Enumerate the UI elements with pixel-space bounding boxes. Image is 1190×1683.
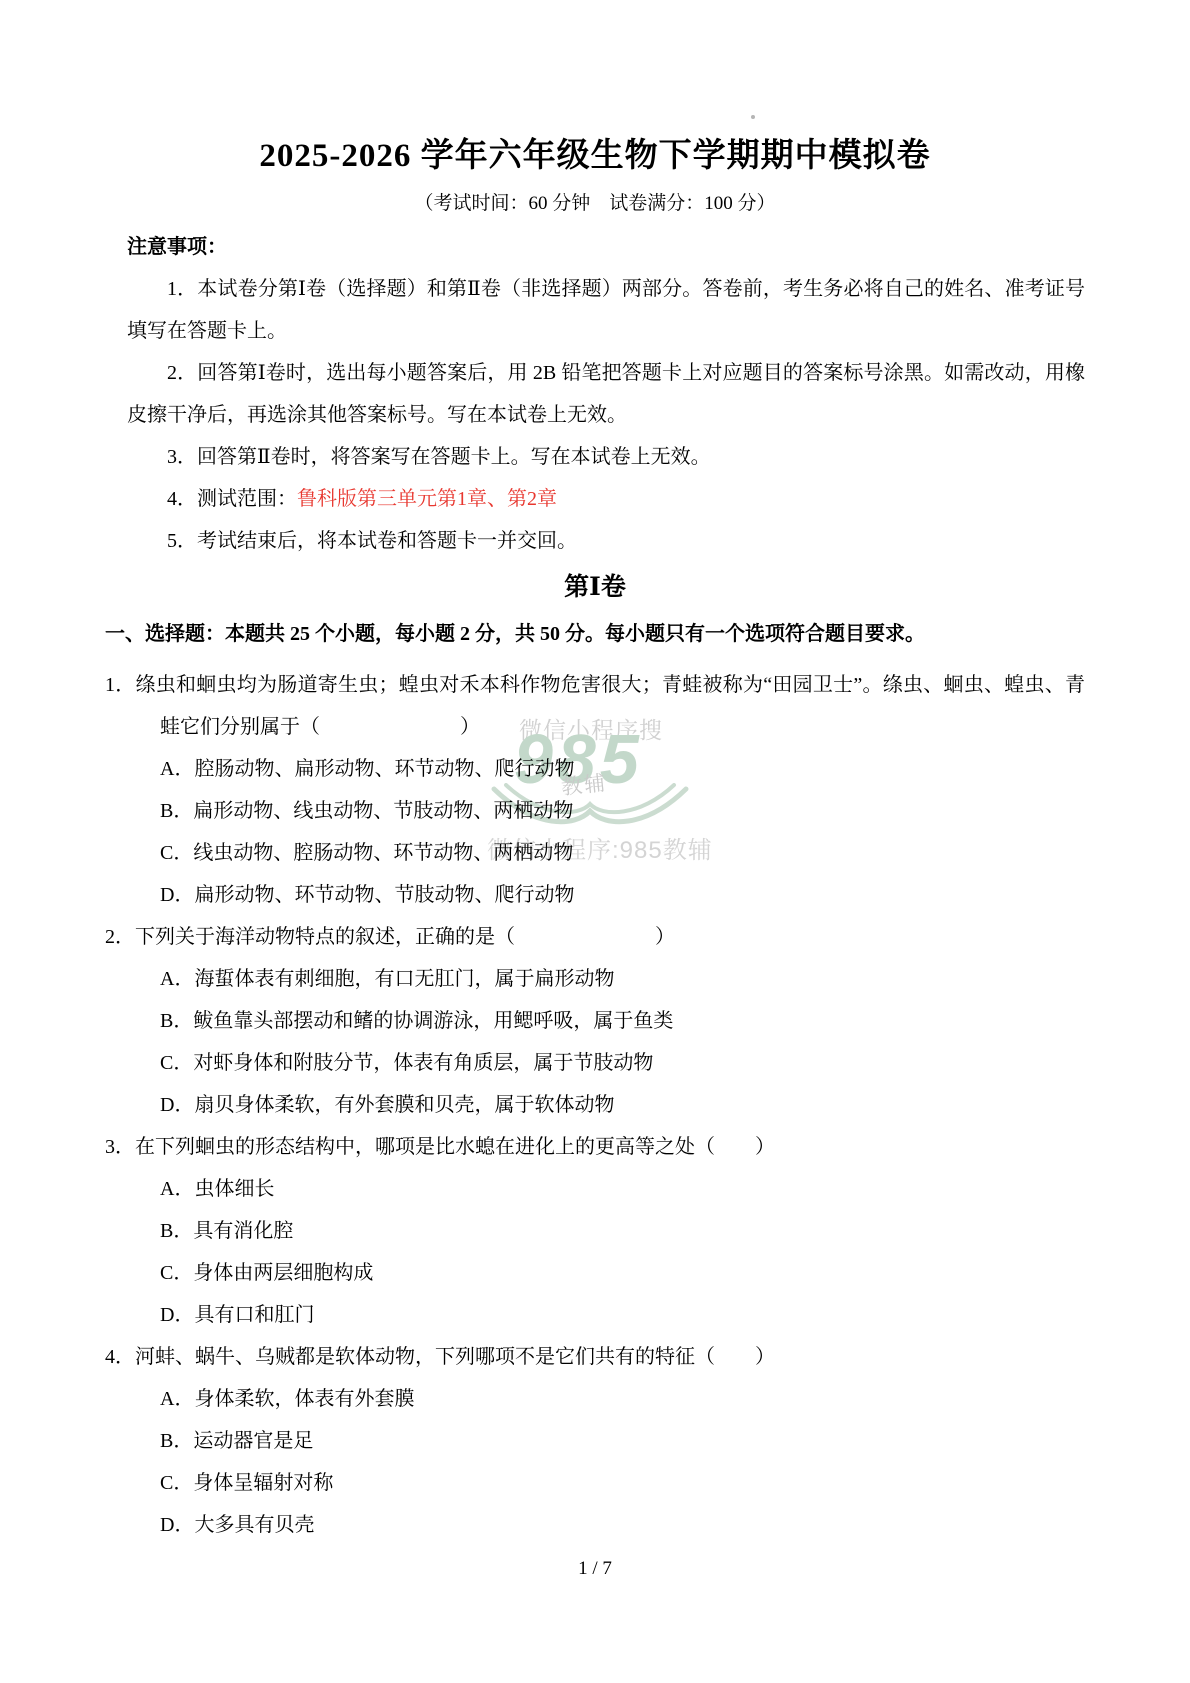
- question-number: 3．: [105, 1136, 135, 1158]
- question-text: 河蚌、蜗牛、乌贼都是软体动物，下列哪项不是它们共有的特征（ ）: [135, 1346, 775, 1368]
- notice-item-4: 4．测试范围：鲁科版第三单元第1章、第2章: [127, 478, 1085, 520]
- question-stem: 3．在下列蛔虫的形态结构中，哪项是比水螅在进化上的更高等之处（ ）: [105, 1126, 1085, 1168]
- question-1: 1．绦虫和蛔虫均为肠道寄生虫；蝗虫对禾本科作物危害很大；青蛙被称为“田园卫士”。…: [105, 664, 1085, 916]
- page-number: 1 / 7: [0, 1558, 1190, 1580]
- notice-item-3: 3．回答第Ⅱ卷时，将答案写在答题卡上。写在本试卷上无效。: [127, 436, 1085, 478]
- option-line: B．具有消化腔: [105, 1210, 1085, 1252]
- option-line: D．扇贝身体柔软，有外套膜和贝壳，属于软体动物: [105, 1084, 1085, 1126]
- question-number: 2．: [105, 926, 135, 948]
- option-line: D．扁形动物、环节动物、节肢动物、爬行动物: [105, 874, 1085, 916]
- notice-item-4-prefix: 4．测试范围：: [167, 488, 297, 510]
- question-number: 1．: [105, 674, 136, 696]
- test-scope-highlight: 鲁科版第三单元第1章、第2章: [297, 488, 557, 510]
- volume-1-title: 第Ⅰ卷: [105, 564, 1085, 612]
- multiple-choice-section-intro: 一、选择题：本题共 25 个小题，每小题 2 分，共 50 分。每小题只有一个选…: [105, 612, 1085, 656]
- question-text: 下列关于海洋动物特点的叙述，正确的是（ ）: [135, 926, 675, 948]
- question-stem: 2．下列关于海洋动物特点的叙述，正确的是（ ）: [105, 916, 1085, 958]
- notice-section: 注意事项： 1．本试卷分第Ⅰ卷（选择题）和第Ⅱ卷（非选择题）两部分。答卷前，考生…: [127, 226, 1085, 562]
- question-3: 3．在下列蛔虫的形态结构中，哪项是比水螅在进化上的更高等之处（ ） A．虫体细长…: [105, 1126, 1085, 1336]
- notice-item-2: 2．回答第Ⅰ卷时，选出每小题答案后，用 2B 铅笔把答题卡上对应题目的答案标号涂…: [127, 352, 1085, 436]
- option-line: D．大多具有贝壳: [105, 1504, 1085, 1546]
- question-2: 2．下列关于海洋动物特点的叙述，正确的是（ ） A．海蜇体表有刺细胞，有口无肛门…: [105, 916, 1085, 1126]
- exam-paper-page: 微信小程序搜 985 教辅 微信小程序:985教辅 2025-2026 学年六年…: [0, 0, 1190, 1683]
- option-line: A．身体柔软，体表有外套膜: [105, 1378, 1085, 1420]
- option-line: C．线虫动物、腔肠动物、环节动物、两栖动物: [105, 832, 1085, 874]
- option-line: B．鲅鱼靠头部摆动和鳍的协调游泳，用鳃呼吸，属于鱼类: [105, 1000, 1085, 1042]
- question-list: 1．绦虫和蛔虫均为肠道寄生虫；蝗虫对禾本科作物危害很大；青蛙被称为“田园卫士”。…: [105, 664, 1085, 1546]
- question-text: 绦虫和蛔虫均为肠道寄生虫；蝗虫对禾本科作物危害很大；青蛙被称为“田园卫士”。绦虫…: [136, 674, 1086, 738]
- option-line: C．身体由两层细胞构成: [105, 1252, 1085, 1294]
- option-line: C．对虾身体和附肢分节，体表有角质层，属于节肢动物: [105, 1042, 1085, 1084]
- notice-item-1: 1．本试卷分第Ⅰ卷（选择题）和第Ⅱ卷（非选择题）两部分。答卷前，考生务必将自己的…: [127, 268, 1085, 352]
- page-title: 2025-2026 学年六年级生物下学期期中模拟卷: [105, 0, 1085, 182]
- option-line: C．身体呈辐射对称: [105, 1462, 1085, 1504]
- notice-heading: 注意事项：: [127, 226, 1085, 268]
- option-line: A．虫体细长: [105, 1168, 1085, 1210]
- notice-item-5: 5．考试结束后，将本试卷和答题卡一并交回。: [127, 520, 1085, 562]
- option-line: A．海蜇体表有刺细胞，有口无肛门，属于扁形动物: [105, 958, 1085, 1000]
- question-4: 4．河蚌、蜗牛、乌贼都是软体动物，下列哪项不是它们共有的特征（ ） A．身体柔软…: [105, 1336, 1085, 1546]
- question-number: 4．: [105, 1346, 135, 1368]
- question-stem: 1．绦虫和蛔虫均为肠道寄生虫；蝗虫对禾本科作物危害很大；青蛙被称为“田园卫士”。…: [105, 664, 1085, 748]
- option-line: B．扁形动物、线虫动物、节肢动物、两栖动物: [105, 790, 1085, 832]
- option-line: A．腔肠动物、扁形动物、环节动物、爬行动物: [105, 748, 1085, 790]
- exam-time-score-info: （考试时间：60 分钟 试卷满分：100 分）: [105, 182, 1085, 226]
- question-text: 在下列蛔虫的形态结构中，哪项是比水螅在进化上的更高等之处（ ）: [135, 1136, 775, 1158]
- question-stem: 4．河蚌、蜗牛、乌贼都是软体动物，下列哪项不是它们共有的特征（ ）: [105, 1336, 1085, 1378]
- option-line: B．运动器官是足: [105, 1420, 1085, 1462]
- option-line: D．具有口和肛门: [105, 1294, 1085, 1336]
- document-content: 2025-2026 学年六年级生物下学期期中模拟卷 （考试时间：60 分钟 试卷…: [0, 0, 1190, 1546]
